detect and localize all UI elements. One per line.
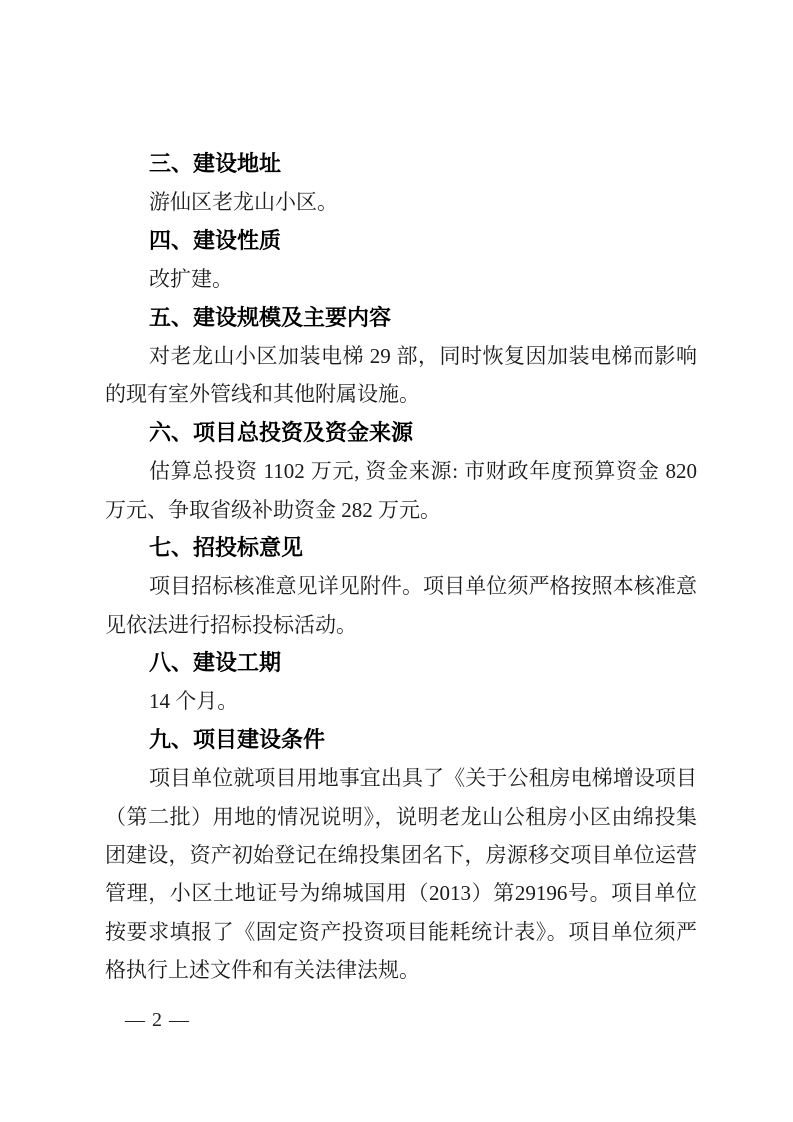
paragraph-line: 按要求填报了《固定资产投资项目能耗统计表》。项目单位须严 [105,913,697,951]
paragraph-line: 改扩建。 [105,260,697,298]
paragraph-line: 游仙区老龙山小区。 [105,183,697,221]
section-heading: 四、建设性质 [105,222,697,260]
paragraph-line: 项目招标核准意见详见附件。项目单位须严格按照本核准意 [105,567,697,605]
document-body: 三、建设地址游仙区老龙山小区。四、建设性质改扩建。五、建设规模及主要内容对老龙山… [105,145,697,990]
paragraph-line: 管理，小区土地证号为绵城国用（2013）第29196号。项目单位 [105,874,697,912]
section-heading: 六、项目总投资及资金来源 [105,414,697,452]
paragraph-line: 的现有室外管线和其他附属设施。 [105,375,697,413]
section-heading: 九、项目建设条件 [105,721,697,759]
paragraph-line: 格执行上述文件和有关法律法规。 [105,951,697,989]
section-heading: 八、建设工期 [105,644,697,682]
section-heading: 三、建设地址 [105,145,697,183]
paragraph-line: （第二批）用地的情况说明》，说明老龙山公租房小区由绵投集 [105,798,697,836]
paragraph-line: 14 个月。 [105,682,697,720]
section-heading: 五、建设规模及主要内容 [105,299,697,337]
paragraph-line: 见依法进行招标投标活动。 [105,606,697,644]
paragraph-line: 对老龙山小区加装电梯 29 部，同时恢复因加装电梯而影响 [105,337,697,375]
paragraph-line: 团建设，资产初始登记在绵投集团名下，房源移交项目单位运营 [105,836,697,874]
paragraph-line: 项目单位就项目用地事宜出具了《关于公租房电梯增设项目 [105,759,697,797]
paragraph-line: 万元、争取省级补助资金 282 万元。 [105,491,697,529]
document-page: 三、建设地址游仙区老龙山小区。四、建设性质改扩建。五、建设规模及主要内容对老龙山… [0,0,793,1122]
section-heading: 七、招投标意见 [105,529,697,567]
paragraph-line: 估算总投资 1102 万元, 资金来源: 市财政年度预算资金 820 [105,452,697,490]
page-number: — 2 — [125,1008,190,1032]
